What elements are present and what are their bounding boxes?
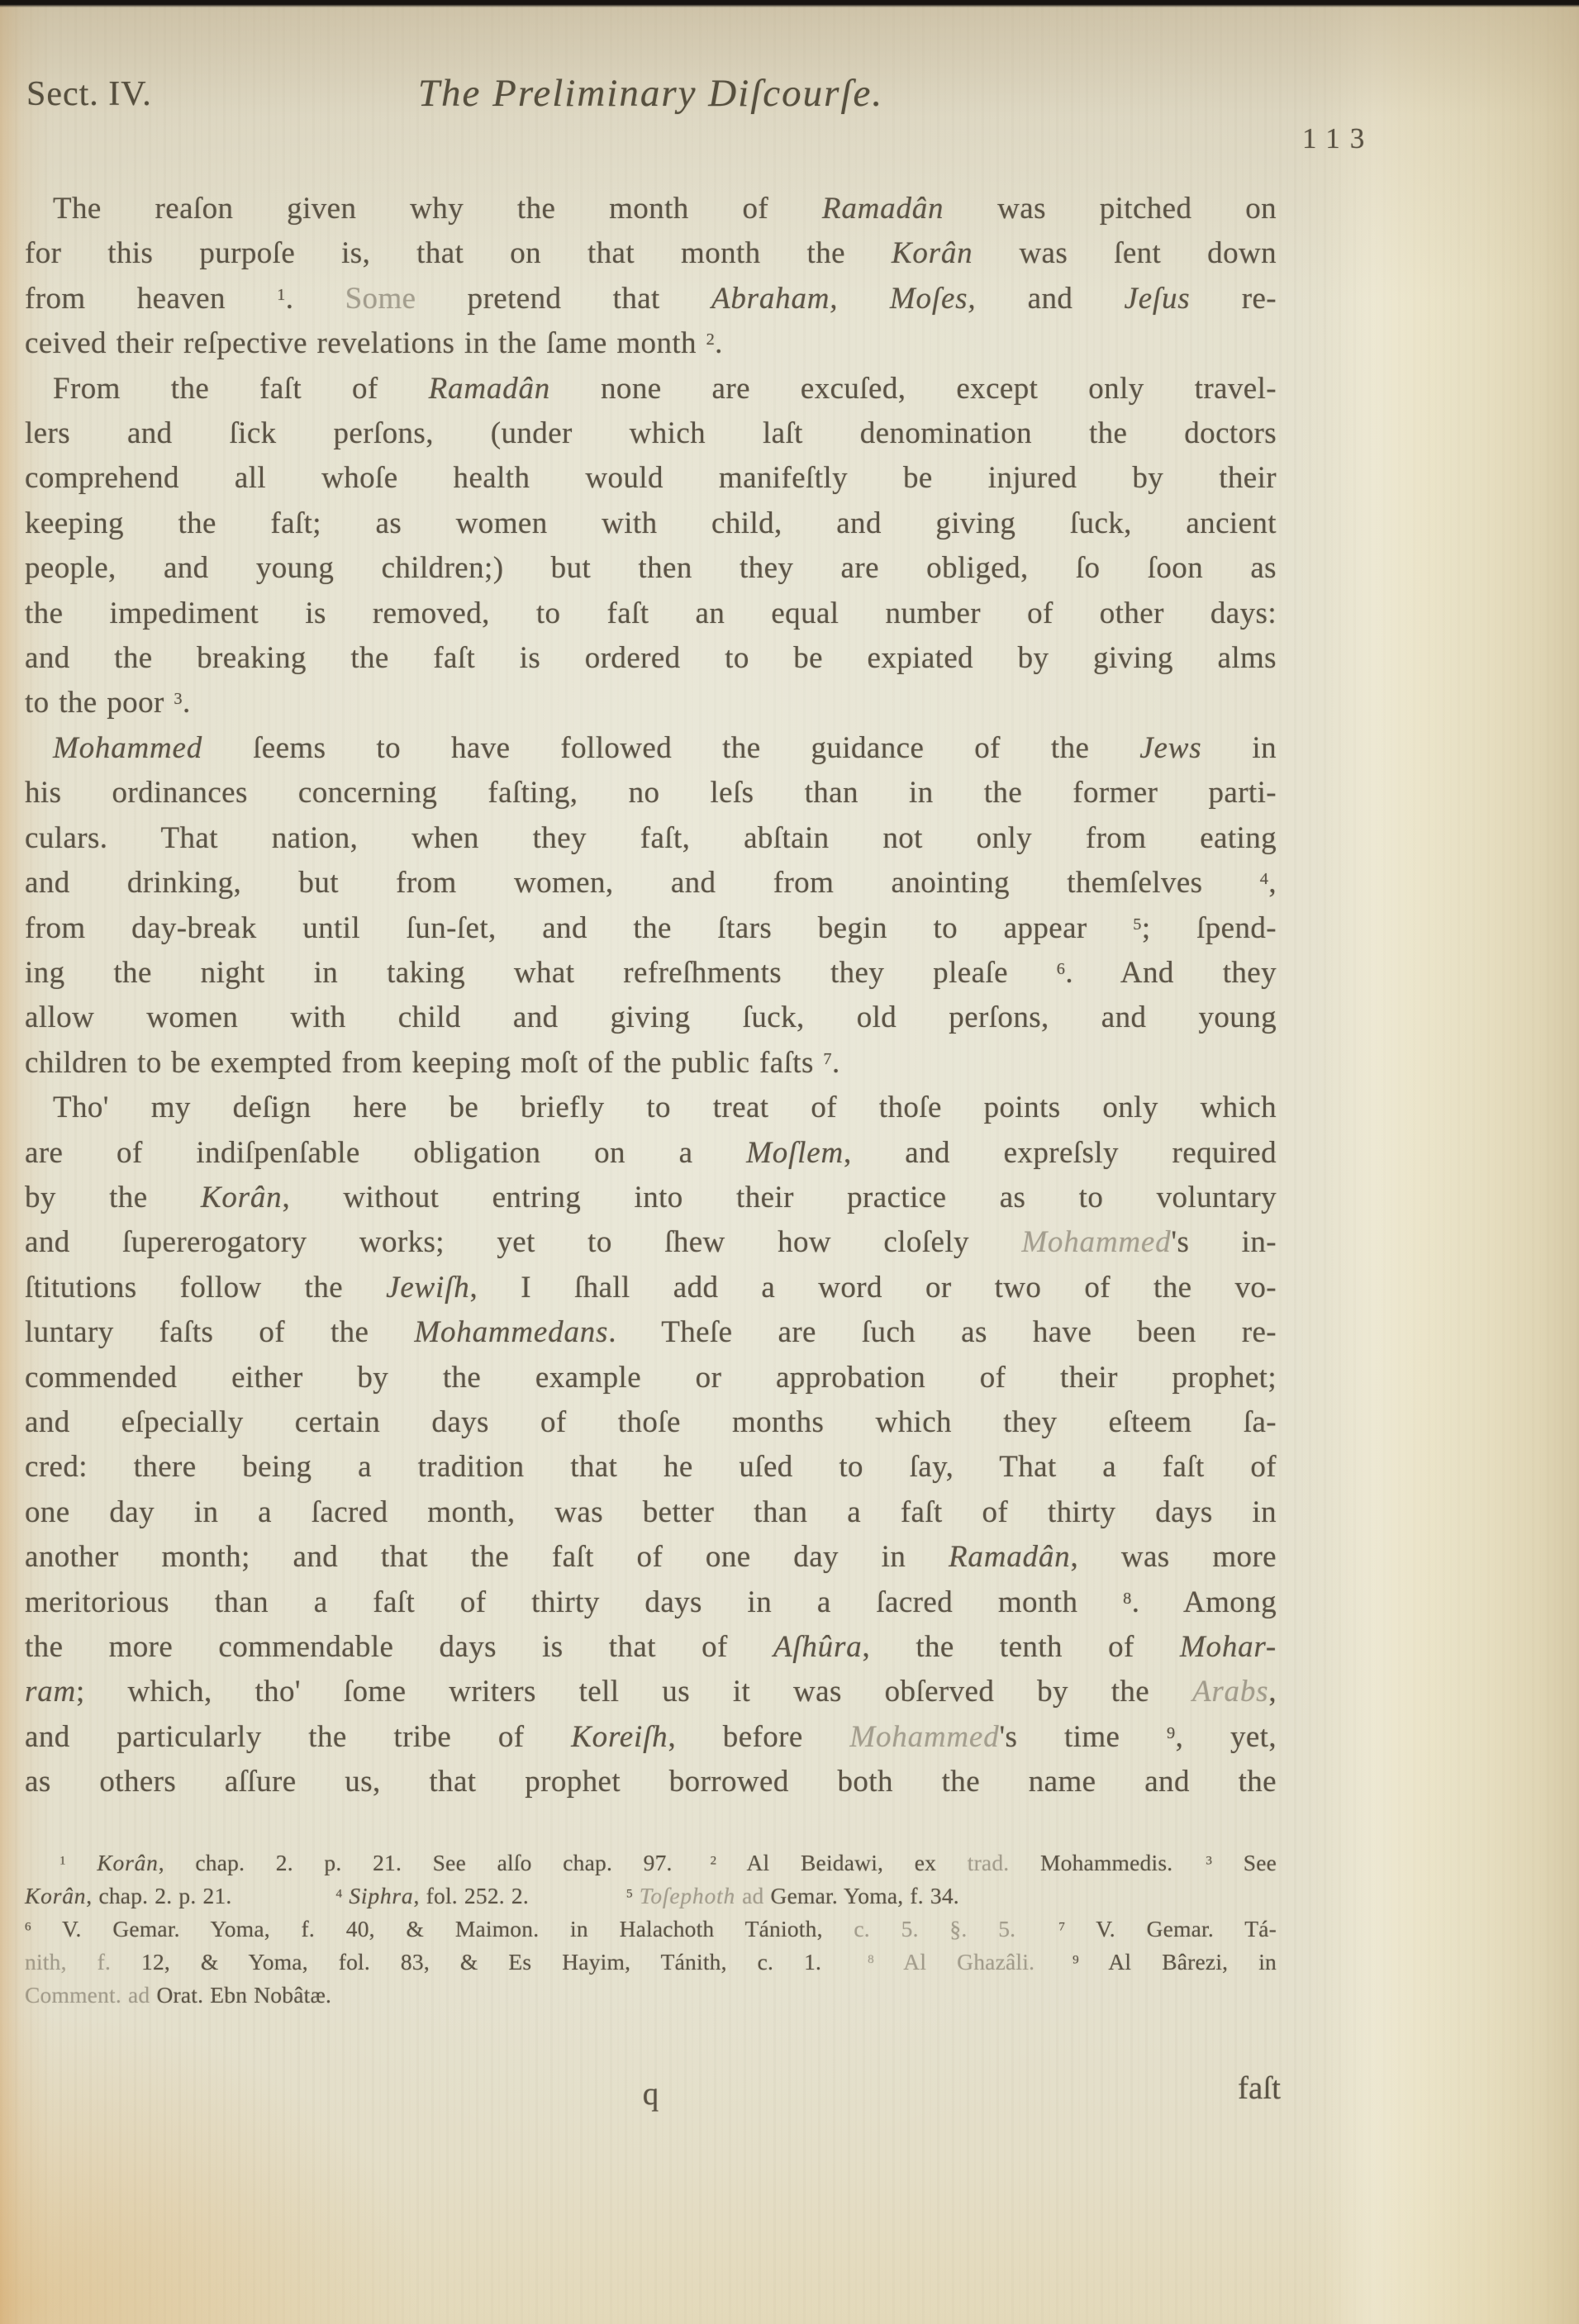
body-line: culars. That nation, when they faſt, abſ… [25, 816, 1277, 861]
text-segment: allow women with child and giving ſuck, … [25, 1000, 1277, 1034]
note-gap [1015, 1913, 1058, 1946]
text-segment: for this purpoſe is, that on that month … [25, 236, 892, 270]
text-segment: ad [735, 1883, 771, 1908]
text-segment: and particularly the tribe of [25, 1720, 571, 1754]
body-line: his ordinances concerning faſting, no le… [25, 771, 1277, 815]
text-segment: , fol. 252. 2. [413, 1883, 528, 1908]
text-segment: culars. That nation, when they faſt, abſ… [25, 821, 1277, 855]
body-line: keeping the faſt; as women with child, a… [25, 501, 1277, 546]
body-line: meritorious than a faſt of thirty days i… [25, 1580, 1277, 1625]
text-segment: , before [668, 1720, 849, 1754]
text-segment: ceived their reſpective revelations in t… [25, 326, 706, 360]
text-segment: . And they [1065, 956, 1277, 990]
body-line: as others aſſure us, that prophet borrow… [25, 1760, 1277, 1804]
text-segment: keeping the faſt; as women with child, a… [25, 506, 1277, 540]
text-segment: re- [1191, 282, 1277, 316]
body-line: cred: there being a tradition that he uſ… [25, 1445, 1277, 1490]
footnote-marker: 3 [1206, 1854, 1212, 1867]
book-page-scan: Sect. IV. The Preliminary Diſcourſe. 113… [0, 0, 1579, 2324]
text-segment: none are excuſed, except only travel- [550, 372, 1277, 406]
text-segment: people, and young children;) but then th… [25, 551, 1277, 585]
text-segment: The reaſon given why the month of [53, 192, 822, 226]
text-segment: V. Gemar. Tá- [1065, 1916, 1277, 1941]
footnotes: 1 Korân, chap. 2. p. 21. See alſo chap. … [25, 1846, 1277, 2012]
note-gap [673, 1846, 711, 1880]
text-segment: Korân [97, 1850, 158, 1875]
footnote-marker: 1 [277, 286, 286, 304]
text-segment: , the tenth of [862, 1630, 1179, 1664]
text-segment: Arabs [1192, 1675, 1268, 1709]
text-segment: , without entring into their practice as… [282, 1181, 1277, 1214]
text-segment: . Among [1132, 1585, 1277, 1619]
note-gap [821, 1946, 868, 1979]
footnote-line: 1 Korân, chap. 2. p. 21. See alſo chap. … [25, 1846, 1277, 1880]
footnote-marker: 6 [1057, 960, 1066, 978]
text-segment: from day-break until ſun-ſet, and the ſt… [25, 911, 1133, 945]
text-segment: Mohammedans [414, 1315, 608, 1349]
text-segment: Al Bârezi, in [1079, 1949, 1277, 1975]
footnote-marker: 4 [1260, 870, 1269, 888]
footnote-marker: 9 [1072, 1953, 1079, 1966]
body-line: and drinking, but from women, and from a… [25, 861, 1277, 905]
body-line: from heaven 1. Some pretend that Abraham… [25, 277, 1277, 321]
body-line: lers and ſick perſons, (under which laſt… [25, 411, 1277, 456]
footnote-marker: 5 [626, 1887, 633, 1900]
footnote-marker: 5 [1133, 915, 1142, 933]
body-line: commended either by the example or appro… [25, 1356, 1277, 1400]
page-header: Sect. IV. The Preliminary Diſcourſe. [25, 71, 1277, 116]
footnote-line: Comment. ad Orat. Ebn Nobâtæ. [25, 1979, 1277, 2012]
text-segment: to the poor [25, 686, 174, 720]
body-line: people, and young children;) but then th… [25, 546, 1277, 591]
text-segment: Al Beidawi, ex [716, 1850, 967, 1875]
text-segment: the impediment is removed, to faſt an eq… [25, 596, 1277, 630]
scan-top-edge [0, 0, 1579, 7]
text-segment: children to be exempted from keeping moſ… [25, 1046, 823, 1080]
footnote-line: 6 V. Gemar. Yoma, f. 40, & Maimon. in Ha… [25, 1913, 1277, 1946]
body-line: Tho' my deſign here be briefly to treat … [25, 1086, 1277, 1130]
footnote-marker: 7 [823, 1050, 832, 1068]
text-segment: Jews [1139, 731, 1201, 765]
text-segment [633, 1883, 640, 1908]
text-segment: . [715, 326, 723, 360]
text-segment: From the faſt of [53, 372, 429, 406]
text-segment: Jeſus [1124, 282, 1190, 316]
footnote-line: Korân, chap. 2. p. 21. 4 Siphra, fol. 25… [25, 1880, 1277, 1913]
text-segment: , and expreſsly required [844, 1136, 1277, 1170]
text-segment: meritorious than a faſt of thirty days i… [25, 1585, 1123, 1619]
text-segment: and drinking, but from women, and from a… [25, 866, 1260, 900]
text-segment: Siphra [349, 1883, 413, 1908]
body-line: the impediment is removed, to faſt an eq… [25, 592, 1277, 636]
text-segment: , [1268, 1675, 1277, 1709]
text-segment [66, 1850, 97, 1875]
footnote-marker: 3 [174, 690, 183, 708]
text-segment: Comment. ad [25, 1982, 156, 2008]
text-segment: and eſpecially certain days of thoſe mon… [25, 1405, 1277, 1439]
text-segment: , was more [1070, 1540, 1277, 1574]
text-segment: as others aſſure us, that prophet borrow… [25, 1765, 1277, 1799]
footnote-marker: 7 [1058, 1920, 1065, 1933]
note-gap [529, 1880, 626, 1913]
text-segment: c. 5. §. 5. [854, 1916, 1015, 1941]
body-line: and eſpecially certain days of thoſe mon… [25, 1400, 1277, 1445]
text-segment: Mohammed [53, 731, 202, 765]
note-gap [231, 1880, 335, 1913]
text-segment: Abraham, Moſes, [711, 282, 976, 316]
text-segment: in [1201, 731, 1277, 765]
text-segment: Moſlem [746, 1136, 844, 1170]
text-segment: Mohammedis. [1009, 1850, 1172, 1875]
text-segment: ; which, tho' ſome writers tell us it wa… [76, 1675, 1192, 1709]
text-segment: Korân [201, 1181, 283, 1214]
footnote-marker: 1 [59, 1854, 66, 1867]
text-segment: ſeems to have followed the guidance of t… [202, 731, 1139, 765]
note-gap [1034, 1946, 1072, 1979]
text-segment: Aſhûra [773, 1630, 863, 1664]
text-segment: Al Ghazâli. [874, 1949, 1034, 1975]
text-segment: Mohar- [1180, 1630, 1277, 1664]
text-segment: cred: there being a tradition that he uſ… [25, 1450, 1277, 1484]
body-line: the more commendable days is that of Aſh… [25, 1625, 1277, 1670]
body-line: one day in a ſacred month, was better th… [25, 1490, 1277, 1535]
text-segment: . [286, 282, 345, 316]
footnote-marker: 8 [868, 1953, 874, 1966]
text-segment: See [1212, 1850, 1277, 1875]
section-heading: Sect. IV. [26, 74, 152, 114]
body-line: ram; which, tho' ſome writers tell us it… [25, 1670, 1277, 1714]
text-segment: was pitched on [944, 192, 1277, 226]
text-segment: ram [25, 1675, 76, 1709]
text-segment: by the [25, 1181, 201, 1214]
footnote-marker: 9 [1167, 1724, 1176, 1742]
text-segment: pretend that [416, 282, 711, 316]
body-line: children to be exempted from keeping moſ… [25, 1041, 1277, 1086]
text-segment: . [832, 1046, 840, 1080]
body-line: luntary faſts of the Mohammedans. Theſe … [25, 1310, 1277, 1355]
body-line: and particularly the tribe of Koreiſh, b… [25, 1715, 1277, 1760]
text-segment: Ramadân [949, 1540, 1070, 1574]
text-segment: , chap. 2. p. 21. [86, 1883, 231, 1908]
footnote-line: nith, f. 12, & Yoma, fol. 83, & Es Hayim… [25, 1946, 1277, 1979]
body-line: for this purpoſe is, that on that month … [25, 231, 1277, 276]
text-segment: . Theſe are ſuch as have been re- [608, 1315, 1277, 1349]
text-segment: lers and ſick perſons, (under which laſt… [25, 416, 1277, 450]
text-segment: ſtitutions follow the [25, 1271, 386, 1305]
text-segment: 12, & Yoma, fol. 83, & Es Hayim, Tánith,… [141, 1949, 821, 1975]
text-segment: and ſupererogatory works; yet to ſhew ho… [25, 1225, 1021, 1259]
text-segment: trad. [968, 1850, 1010, 1875]
text-segment: luntary faſts of the [25, 1315, 414, 1349]
text-segment: was ſent down [973, 236, 1277, 270]
body-line: The reaſon given why the month of Ramadâ… [25, 187, 1277, 231]
text-segment: . [183, 686, 191, 720]
text-segment: Gemar. Yoma, f. 34. [771, 1883, 959, 1908]
text-segment: Mohammed [1021, 1225, 1171, 1259]
body-text: The reaſon given why the month of Ramadâ… [25, 187, 1277, 1805]
text-segment: one day in a ſacred month, was better th… [25, 1495, 1277, 1529]
text-segment: nith, f. [25, 1949, 141, 1975]
body-line: another month; and that the faſt of one … [25, 1535, 1277, 1580]
text-segment: another month; and that the faſt of one … [25, 1540, 949, 1574]
text-segment: and [976, 282, 1124, 316]
footnote-marker: 2 [706, 330, 716, 349]
text-segment: Korân [892, 236, 973, 270]
body-line: ceived their reſpective revelations in t… [25, 321, 1277, 366]
text-segment: Ramadân [429, 372, 550, 406]
text-segment: Jewiſh [386, 1271, 469, 1305]
body-line: are of indiſpenſable obligation on a Moſ… [25, 1131, 1277, 1176]
text-segment: , [1268, 866, 1277, 900]
text-segment: , I ſhall add a word or two of the vo- [470, 1271, 1277, 1305]
text-segment: Orat. Ebn Nobâtæ. [156, 1982, 331, 2008]
text-segment: are of indiſpenſable obligation on a [25, 1136, 746, 1170]
text-segment: Tho' my deſign here be briefly to treat … [53, 1091, 1277, 1124]
text-segment: and the breaking the faſt is ordered to … [25, 641, 1277, 675]
body-line: ing the night in taking what refreſhment… [25, 951, 1277, 996]
text-segment: , yet, [1176, 1720, 1277, 1754]
catchword: faſt [1033, 2070, 1281, 2107]
page-number: 113 [1302, 122, 1374, 155]
text-segment: 's time [999, 1720, 1167, 1754]
body-line: from day-break until ſun-ſet, and the ſt… [25, 906, 1277, 951]
text-segment: ; ſpend- [1142, 911, 1277, 945]
text-segment: Toſephoth [640, 1883, 735, 1908]
text-segment: Korân [25, 1883, 86, 1908]
running-title: The Preliminary Diſcourſe. [418, 72, 883, 115]
text-segment: , chap. 2. p. 21. See alſo chap. 97. [159, 1850, 673, 1875]
body-line: Mohammed ſeems to have followed the guid… [25, 726, 1277, 771]
text-segment: Some [345, 282, 416, 316]
body-line: ſtitutions follow the Jewiſh, I ſhall ad… [25, 1266, 1277, 1310]
text-segment: V. Gemar. Yoma, f. 40, & Maimon. in Hala… [31, 1916, 854, 1941]
note-gap [1172, 1846, 1206, 1880]
text-segment: 's in- [1171, 1225, 1277, 1259]
body-line: and the breaking the faſt is ordered to … [25, 636, 1277, 681]
body-line: and ſupererogatory works; yet to ſhew ho… [25, 1220, 1277, 1265]
body-line: to the poor 3. [25, 681, 1277, 725]
footnote-marker: 8 [1123, 1589, 1132, 1607]
text-segment: commended either by the example or appro… [25, 1361, 1277, 1395]
text-segment: from heaven [25, 282, 277, 316]
body-line: comprehend all whoſe health would manife… [25, 456, 1277, 501]
text-segment: comprehend all whoſe health would manife… [25, 461, 1277, 495]
text-segment: Ramadân [822, 192, 944, 226]
text-segment: the more commendable days is that of [25, 1630, 773, 1664]
body-line: From the faſt of Ramadân none are excuſe… [25, 367, 1277, 411]
body-line: by the Korân, without entring into their… [25, 1176, 1277, 1220]
body-line: allow women with child and giving ſuck, … [25, 996, 1277, 1040]
text-segment: ing the night in taking what refreſhment… [25, 956, 1057, 990]
text-segment: Mohammed [849, 1720, 999, 1754]
text-segment: Koreiſh [571, 1720, 668, 1754]
footnote-marker: 6 [25, 1920, 31, 1933]
text-segment: his ordinances concerning faſting, no le… [25, 776, 1277, 810]
